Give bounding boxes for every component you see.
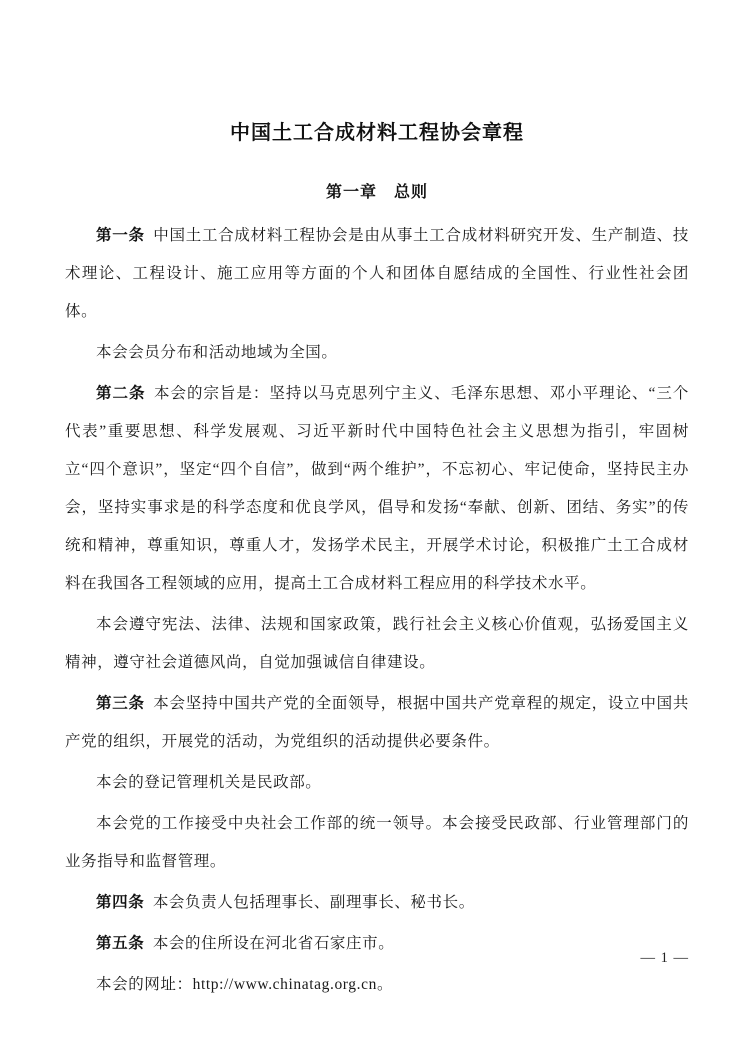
document-title: 中国土工合成材料工程协会章程 xyxy=(65,118,689,148)
paragraph: 本会的登记管理机关是民政部。 xyxy=(65,764,689,802)
page-number: — 1 — xyxy=(641,950,690,967)
paragraph: 第二条本会的宗旨是：坚持以马克思列宁主义、毛泽东思想、邓小平理论、“三个代表”重… xyxy=(65,375,689,603)
paragraph-list: 第一条中国土工合成材料工程协会是由从事土工合成材料研究开发、生产制造、技术理论、… xyxy=(65,217,689,1004)
article-number: 第一条 xyxy=(96,227,145,244)
article-number: 第五条 xyxy=(96,935,144,952)
paragraph-text: 本会负责人包括理事长、副理事长、秘书长。 xyxy=(153,894,475,911)
document-content: 中国土工合成材料工程协会章程 第一章 总则 第一条中国土工合成材料工程协会是由从… xyxy=(65,118,689,1007)
article-number: 第三条 xyxy=(96,695,145,712)
paragraph: 本会遵守宪法、法律、法规和国家政策，践行社会主义核心价值观，弘扬爱国主义精神，遵… xyxy=(65,606,689,682)
paragraph-text: 本会的宗旨是：坚持以马克思列宁主义、毛泽东思想、邓小平理论、“三个代表”重要思想… xyxy=(65,385,689,592)
paragraph: 第三条本会坚持中国共产党的全面领导，根据中国共产党章程的规定，设立中国共产党的组… xyxy=(65,685,689,761)
paragraph-text: 本会遵守宪法、法律、法规和国家政策，践行社会主义核心价值观，弘扬爱国主义精神，遵… xyxy=(65,616,689,671)
chapter-heading: 第一章 总则 xyxy=(65,182,689,204)
paragraph: 本会的网址：http://www.chinatag.org.cn。 xyxy=(65,966,689,1004)
paragraph-text: 本会的网址：http://www.chinatag.org.cn。 xyxy=(96,976,393,993)
paragraph: 第四条本会负责人包括理事长、副理事长、秘书长。 xyxy=(65,884,689,922)
paragraph: 本会党的工作接受中央社会工作部的统一领导。本会接受民政部、行业管理部门的业务指导… xyxy=(65,805,689,881)
paragraph: 第五条本会的住所设在河北省石家庄市。 xyxy=(65,925,689,963)
document-page: 中国土工合成材料工程协会章程 第一章 总则 第一条中国土工合成材料工程协会是由从… xyxy=(0,0,755,1063)
paragraph-text: 本会坚持中国共产党的全面领导，根据中国共产党章程的规定，设立中国共产党的组织，开… xyxy=(65,695,689,750)
paragraph-text: 本会会员分布和活动地域为全国。 xyxy=(96,344,338,361)
paragraph: 本会会员分布和活动地域为全国。 xyxy=(65,334,689,372)
paragraph-text: 本会的住所设在河北省石家庄市。 xyxy=(153,935,395,952)
paragraph-text: 本会党的工作接受中央社会工作部的统一领导。本会接受民政部、行业管理部门的业务指导… xyxy=(65,815,689,870)
paragraph: 第一条中国土工合成材料工程协会是由从事土工合成材料研究开发、生产制造、技术理论、… xyxy=(65,217,689,331)
paragraph-text: 中国土工合成材料工程协会是由从事土工合成材料研究开发、生产制造、技术理论、工程设… xyxy=(65,227,689,320)
article-number: 第四条 xyxy=(96,894,144,911)
article-number: 第二条 xyxy=(96,385,145,402)
paragraph-text: 本会的登记管理机关是民政部。 xyxy=(96,774,321,791)
